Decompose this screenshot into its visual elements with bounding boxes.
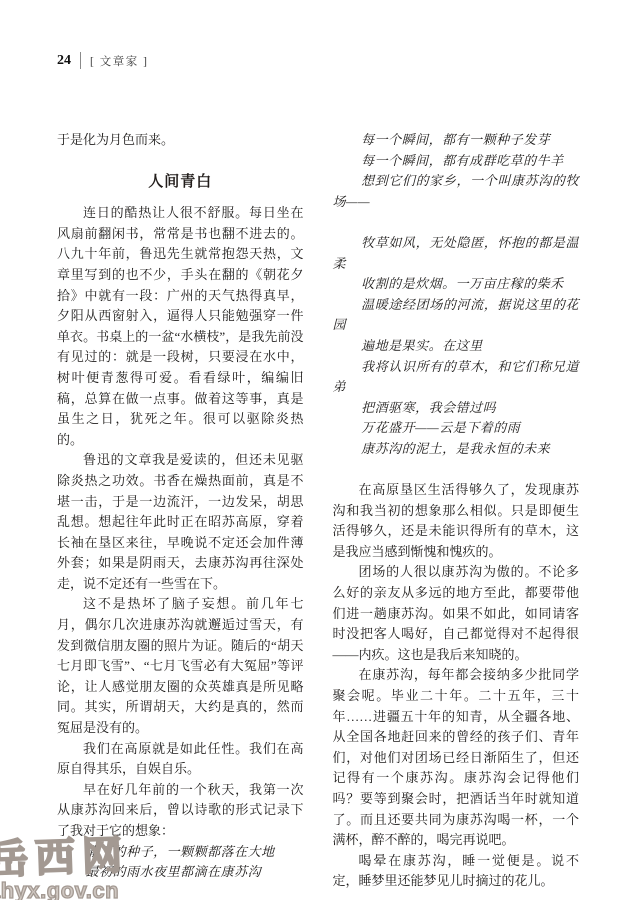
poem-line: 想到它们的家乡，一个叫康苏沟的牧场—— (333, 171, 580, 212)
poem-line: 每一个瞬间，都有一颗种子发芽 (333, 130, 580, 151)
body-paragraph: 团场的人很以康苏沟为傲的。不论多么好的亲友从多远的地方至此，都要带他们进一趟康苏… (333, 562, 580, 665)
page-number: 24 (57, 53, 71, 69)
right-column: 每一个瞬间，都有一颗种子发芽 每一个瞬间，都有成群吃草的牛羊 想到它们的家乡，一… (333, 130, 580, 892)
body-paragraph: 我们在高原就是如此任性。我们在高原自得其乐，自娱自乐。 (57, 739, 304, 780)
body-paragraph: 在康苏沟，每年都会接纳多少批同学聚会呢。毕业二十年。二十五年，三十年……进疆五十… (333, 665, 580, 850)
body-paragraph: 喝晕在康苏沟，睡一觉便是。说不定，睡梦里还能梦见儿时摘过的花儿。 (333, 851, 580, 892)
header-divider (80, 52, 81, 69)
carryover-line: 于是化为月色而来。 (57, 130, 304, 151)
poem-line: 我将认识所有的草木，和它们称兄道弟 (333, 357, 580, 398)
poem-line: 遍地是果实。在这里 (333, 336, 580, 357)
poem-line: 康苏沟的泥土，是我永恒的未来 (333, 439, 580, 460)
poem-line: 收割的是炊烟。一万亩庄稼的柴禾 (333, 274, 580, 295)
poem-line: 牧草如风，无处隐匿，怀抱的都是温柔 (333, 233, 580, 274)
poem-stanza-2: 牧草如风，无处隐匿，怀抱的都是温柔 收割的是炊烟。一万亩庄稼的柴禾 温暖途经团场… (333, 233, 580, 460)
left-column: 于是化为月色而来。 人间青白 连日的酷热让人很不舒服。每日坐在风扇前翻闲书，常常… (57, 130, 304, 892)
body-paragraph: 早在好几年前的一个秋天，我第一次从康苏沟回来后，曾以诗歌的形式记录下了我对于它的… (57, 780, 304, 842)
article-title: 人间青白 (57, 172, 304, 193)
watermark-site-url: ahyx.gov.cn (0, 880, 129, 900)
poem-line: 把酒驱寒，我会错过吗 (333, 398, 580, 419)
section-label: [ 文章家 ] (90, 53, 148, 69)
two-column-layout: 于是化为月色而来。 人间青白 连日的酷热让人很不舒服。每日坐在风扇前翻闲书，常常… (57, 130, 579, 892)
poem-line: 万花盛开——云是下着的雨 (333, 418, 580, 439)
body-paragraph: 在高原垦区生活得够久了，发现康苏沟和我当初的想象那么相似。只是即便生活得够久，还… (333, 480, 580, 562)
watermark-logo: 岳西网 ahyx.gov.cn (0, 838, 129, 900)
poem-stanza-1: 每一个瞬间，都有一颗种子发芽 每一个瞬间，都有成群吃草的牛羊 想到它们的家乡，一… (333, 130, 580, 212)
body-paragraph: 鲁迅的文章我是爱读的，但还未见驱除炎热之功效。书香在燥热面前，真是不堪一击，于是… (57, 450, 304, 594)
right-paragraphs: 在高原垦区生活得够久了，发现康苏沟和我当初的想象那么相似。只是即便生活得够久，还… (333, 480, 580, 892)
poem-line: 温暖途经团场的河流，据说这里的花园 (333, 295, 580, 336)
poem-line: 每一个瞬间，都有成群吃草的牛羊 (333, 151, 580, 172)
page-header: 24 [ 文章家 ] (57, 52, 148, 69)
watermark-site-name: 岳西网 (0, 836, 130, 881)
body-paragraph: 这不是热坏了脑子妄想。前几年七月，偶尔几次进康苏沟就邂逅过雪天，有发到微信朋友圈… (57, 594, 304, 738)
body-paragraph: 连日的酷热让人很不舒服。每日坐在风扇前翻闲书，常常是书也翻不进去的。八九十年前，… (57, 203, 304, 450)
left-paragraphs: 连日的酷热让人很不舒服。每日坐在风扇前翻闲书，常常是书也翻不进去的。八九十年前，… (57, 203, 304, 841)
